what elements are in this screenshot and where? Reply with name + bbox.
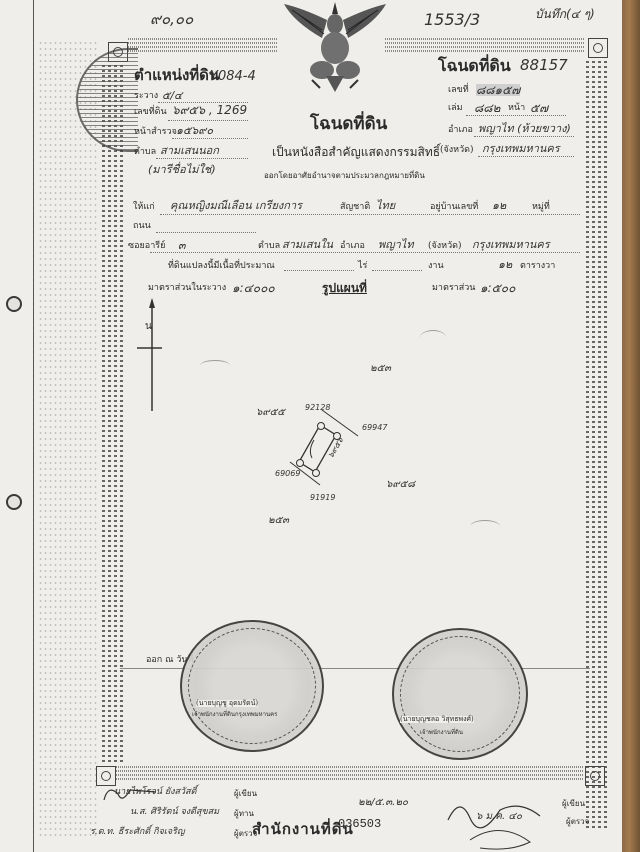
- soi-label: ซอยอารีย์: [128, 242, 165, 251]
- dotted-line: [474, 136, 574, 137]
- tambon-note: (มารีชื่อไม่ใช่): [148, 164, 216, 175]
- dotted-line: [156, 158, 248, 159]
- wooden-table-edge: [622, 0, 640, 852]
- corner-marker-icon: [317, 422, 325, 430]
- deed-number-handwritten: 88157: [520, 58, 568, 73]
- page-value: ๕๗: [530, 102, 548, 114]
- owner-province-value: กรุงเทพมหานคร: [472, 239, 550, 250]
- moo-label: หมู่ที่: [532, 203, 550, 212]
- nationality-label: สัญชาติ: [340, 203, 370, 212]
- scale-label-left: มาตราส่วนในระวาง: [148, 284, 226, 293]
- road-label: ถนน: [133, 222, 151, 231]
- handwritten-signature: [440, 790, 570, 852]
- province-label: (จังหวัด): [440, 146, 474, 155]
- neighbor-label: ๖๙๕๕: [256, 408, 285, 418]
- copy-noise: [38, 40, 98, 840]
- copy-scratch: [420, 330, 446, 345]
- area-label: ที่ดินแปลงนี้มีเนื้อที่ประมาณ: [168, 262, 275, 271]
- writer-label: ผู้เขียน: [234, 790, 257, 798]
- handwritten-amount: ๙๐,๐๐: [150, 12, 193, 27]
- rawang-label: ระวาง: [134, 92, 158, 101]
- scale-value-right: ๑:๕๐๐: [480, 282, 515, 294]
- security-text-border: [116, 764, 584, 780]
- owner-province-label: (จังหวัด): [428, 242, 462, 251]
- dotted-line: [168, 120, 248, 121]
- rai-line: [284, 270, 354, 271]
- to-label: ให้แก่: [133, 203, 155, 212]
- land-office-seal-left: [180, 620, 324, 752]
- survey-page-value: ๑๕๖๙๐: [176, 125, 213, 136]
- security-text-border: [128, 36, 278, 52]
- dotted-line: [156, 232, 256, 233]
- ngan-label: งาน: [428, 262, 444, 271]
- signature-line-3: ร.ต.ท. ธีระศักดิ์ กิจเจริญ: [90, 828, 185, 837]
- house-no-value: ๑๒: [492, 200, 506, 211]
- neighbor-label: ๖๙๕๘: [386, 480, 415, 490]
- seal-right-role: เจ้าพนักงานที่ดิน: [420, 730, 463, 736]
- seal-left-role: เจ้าพนักงานที่ดินกรุงเทพมหานคร: [192, 712, 277, 718]
- security-text-border: [586, 58, 608, 828]
- page-edge-line: [33, 0, 34, 852]
- sq-wa-value: ๑๒: [498, 259, 512, 270]
- corner-label: 91919: [310, 494, 335, 502]
- border-ornament-icon: [588, 38, 608, 58]
- soi-value: ๓: [178, 240, 186, 251]
- dotted-line: [150, 252, 580, 253]
- scale-label-right: มาตราส่วน: [432, 284, 475, 293]
- north-arrow-icon: [132, 296, 162, 416]
- serial-number: 036503: [338, 818, 381, 830]
- dotted-line: [160, 214, 580, 215]
- survey-page-label: หน้าสำรวจ: [134, 128, 177, 137]
- binder-hole: [6, 296, 22, 312]
- nationality-value: ไทย: [376, 200, 395, 211]
- number-label: เลขที่: [448, 86, 469, 95]
- copy-scratch: [470, 520, 500, 533]
- tambon-label: ตำบล: [134, 148, 156, 157]
- signature-date: ๒๒/๕.๓.๒๐: [358, 798, 408, 808]
- dotted-line: [172, 138, 248, 139]
- checker-label: ผู้ทาน: [234, 810, 254, 818]
- binder-hole: [6, 494, 22, 510]
- corner-marker-icon: [312, 469, 320, 477]
- garuda-emblem-icon: [282, 0, 388, 94]
- owner-amphoe-value: พญาไท: [378, 239, 414, 250]
- tambon-value: สามเสนนอก: [160, 145, 219, 156]
- land-no-label: เลขที่ดิน: [134, 108, 167, 117]
- deed-title: โฉนดที่ดิน: [438, 58, 511, 74]
- rai-label: ไร่: [358, 262, 367, 271]
- neighbor-label: ๒๕๓: [370, 364, 391, 374]
- dotted-line: [466, 115, 566, 116]
- corner-label: 69947: [362, 424, 387, 432]
- amphoe-label: อำเภอ: [448, 126, 473, 135]
- owner-tambon-label: ตำบล: [258, 242, 280, 251]
- issued-by-text: ออกโดยอาศัยอำนาจตามประมวลกฎหมายที่ดิน: [264, 172, 425, 180]
- amphoe-value: พญาไท (ห้วยขวาง): [478, 123, 571, 134]
- security-text-border: [102, 62, 124, 762]
- book-label: เล่ม: [448, 104, 463, 113]
- owner-tambon-value: สามเสนใน: [282, 239, 333, 250]
- ngan-line: [372, 270, 422, 271]
- book-value: ๘๘๒: [474, 102, 500, 114]
- land-office-seal-right: [392, 628, 528, 760]
- land-no-value: ๖๙๕๖ , 1269: [172, 104, 247, 116]
- sq-wa-label: ตารางวา: [520, 262, 555, 271]
- security-text-border: [385, 36, 585, 52]
- parcel-code: Y084-4: [210, 70, 256, 83]
- owner-amphoe-label: อำเภอ: [340, 242, 365, 251]
- scale-value-left: ๑:๔๐๐๐: [232, 282, 275, 294]
- number-value: ๘๘๑๕๗: [476, 84, 520, 96]
- page-label: หน้า: [508, 104, 525, 113]
- copy-scratch: [200, 360, 230, 371]
- corner-label: 69069: [275, 470, 300, 478]
- seal-left-caption: (นายบุญชู อุดมรัตน์): [196, 700, 258, 707]
- neighbor-label: ๒๕๓: [268, 516, 289, 526]
- corner-label: 92128: [305, 404, 330, 412]
- location-title: ตำแหน่งที่ดิน: [134, 68, 219, 83]
- rawang-value: ๕/๔: [162, 90, 182, 101]
- handwritten-note: บันทึก(๔ ๆ): [535, 8, 595, 20]
- house-no-label: อยู่บ้านเลขที่: [430, 203, 478, 212]
- owner-name: คุณหญิงมณีเลือน เกรียงการ: [170, 200, 302, 211]
- province-value: กรุงเทพมหานคร: [482, 143, 560, 154]
- corner-marker-icon: [296, 459, 304, 467]
- center-subtitle: เป็นหนังสือสำคัญแสดงกรรมสิทธิ์: [272, 146, 440, 158]
- north-label: น: [145, 322, 152, 332]
- handwritten-signature: [100, 780, 160, 810]
- handwritten-reference: 1553/3: [424, 12, 480, 28]
- seal-right-caption: (นายบุญชลอ วิสุทธพงศ์): [400, 716, 474, 723]
- dotted-line: [478, 156, 574, 157]
- center-deed-title: โฉนดที่ดิน: [310, 116, 387, 133]
- map-title: รูปแผนที่: [322, 282, 367, 294]
